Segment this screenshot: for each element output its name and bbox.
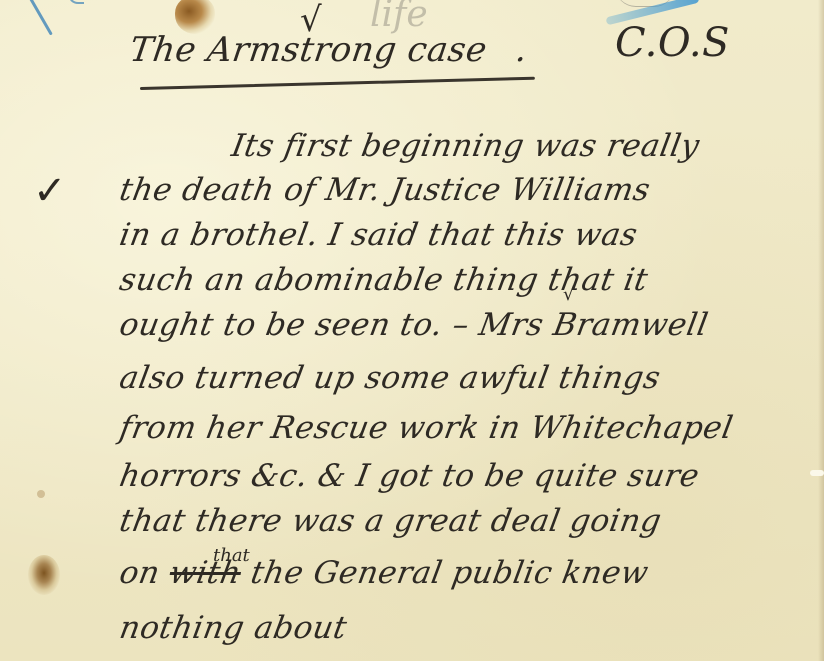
paper-tear [810, 470, 824, 476]
text-line-6: also turned up some awful things [117, 360, 664, 396]
blue-pencil-mark-left-curve [68, 0, 84, 4]
document-title: The Armstrong case . [127, 30, 530, 70]
insertion-caret-small-icon: √ [563, 284, 574, 305]
ink-stain-bottom [28, 555, 60, 595]
checkmark-icon: ✓ [33, 168, 67, 214]
page-edge-shadow [818, 0, 824, 661]
text-line-2: the death of Mr. Justice Williams [117, 172, 653, 208]
stain-spot [37, 490, 45, 498]
text-line-10: on with the General public knew [117, 555, 652, 591]
blue-pencil-mark-left [26, 0, 53, 36]
heading-initials: C.O.S [615, 20, 730, 66]
text-line-8: horrors &c. & I got to be quite sure [117, 458, 702, 494]
title-text: The Armstrong case [127, 30, 489, 70]
title-underline [140, 77, 535, 90]
text-line-9: that there was a great deal going [117, 503, 664, 539]
text-line-7: from her Rescue work in Whitechapel [117, 410, 736, 446]
struck-word: with [167, 555, 244, 591]
line-10-start: on [117, 555, 163, 591]
text-line-11: nothing about [117, 610, 350, 646]
text-line-3: in a brothel. I said that this was [117, 217, 640, 253]
ink-stain-top [175, 0, 215, 34]
manuscript-page: life √ The Armstrong case . C.O.S ✓ Its … [0, 0, 824, 661]
line-10-end: the General public knew [248, 555, 651, 591]
text-line-5: ought to be seen to. – Mrs Bramwell [117, 307, 711, 343]
text-line-1: Its first beginning was really [229, 128, 702, 164]
title-separator: . [513, 30, 530, 70]
